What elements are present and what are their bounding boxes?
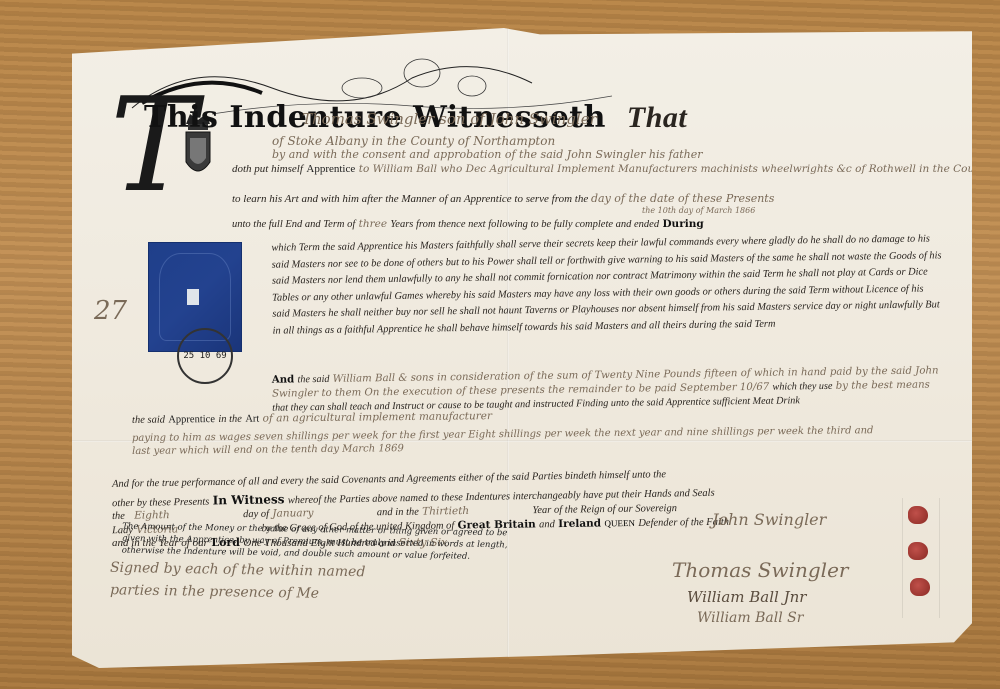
master-line: doth put himself Apprentice to William B… bbox=[232, 162, 1000, 175]
premium-notice: The Amount of the Money or the value of … bbox=[122, 521, 508, 564]
apprentice-name: Thomas Swingler son of John Swingler bbox=[302, 110, 597, 128]
margin-number: 27 bbox=[94, 296, 127, 326]
indenture-document: T This Indenture Witnesseth That Thomas … bbox=[72, 28, 972, 668]
wages-line: paying to him as wages seven shillings p… bbox=[132, 424, 892, 458]
wax-seal-icon bbox=[908, 506, 928, 524]
signature-william-ball-sr: William Ball Sr bbox=[697, 610, 803, 626]
stamp-value-tab bbox=[187, 289, 199, 305]
attestation-line-2: parties in the presence of Me bbox=[110, 582, 319, 602]
consent-line: by and with the consent and approbation … bbox=[272, 148, 703, 161]
term-start-note: the 10th day of March 1866 bbox=[642, 206, 755, 215]
apprentice-residence: of Stoke Albany in the County of Northam… bbox=[272, 134, 555, 148]
covenants-body: which Term the said Apprentice his Maste… bbox=[271, 231, 942, 339]
wax-seal-icon bbox=[908, 542, 928, 560]
attestation-line-1: Signed by each of the within named bbox=[110, 560, 366, 580]
premium-line: And the said William Ball & sons in cons… bbox=[272, 363, 943, 415]
duration-line: unto the full End and Term of three Year… bbox=[232, 218, 704, 230]
wax-seal-icon bbox=[910, 578, 930, 596]
postmark-icon: 25 10 69 bbox=[177, 328, 233, 384]
art-line: the said Apprentice in the Art of an agr… bbox=[132, 410, 492, 426]
signature-john-swingler: John Swingler bbox=[712, 510, 826, 529]
signature-william-ball-jnr: William Ball Jnr bbox=[687, 588, 806, 606]
term-line: to learn his Art and with him after the … bbox=[232, 192, 774, 205]
signature-thomas-swingler: Thomas Swingler bbox=[672, 558, 848, 582]
